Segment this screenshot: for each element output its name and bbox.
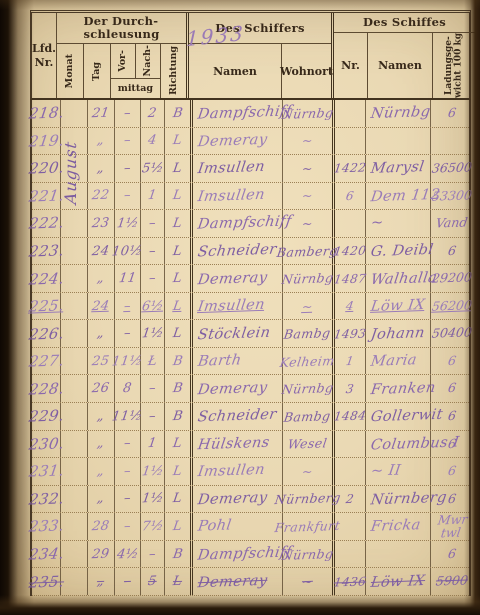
handwriting: Dampfschiff	[197, 544, 293, 563]
col-header-mittag-group: Vor- Nach- mittag	[110, 44, 161, 98]
ledger-row: 224.„11–LDemerayNürnbg1487Walhalla29200	[32, 265, 469, 293]
ledger-row: 231.„–1½LImsullen~~ II6	[32, 458, 469, 486]
cell-load: 6	[430, 541, 473, 568]
cell-vor: –	[114, 431, 140, 458]
cell-skipper: Imsullen	[190, 183, 282, 210]
handwriting: ~ II	[370, 463, 402, 480]
ledger-row: 234.294½–BDampfschiffNürnbg6	[32, 541, 469, 569]
handwriting: Imsullen	[197, 159, 266, 177]
handwriting: 24	[91, 243, 111, 259]
handwriting: Johann	[370, 325, 426, 343]
cell-nach: 1½	[140, 486, 164, 513]
handwriting: 21	[91, 105, 111, 121]
handwriting: 1½	[141, 491, 165, 507]
cell-vor: –	[114, 568, 140, 595]
handwriting: B	[171, 409, 183, 424]
cell-wohnort: ~	[282, 183, 332, 210]
handwriting: Franken	[370, 380, 437, 398]
cell-sname: G. Deibl	[365, 238, 430, 265]
cell-vor: –	[114, 100, 140, 127]
ladungsgewicht-label: Ladungsge- wicht 100 kg	[445, 33, 464, 98]
handwriting: –	[123, 161, 132, 176]
col-header-schiff-nr: Nr.	[334, 33, 367, 98]
handwriting: 26	[91, 381, 111, 397]
richtung-label: Richtung	[169, 46, 179, 95]
handwriting: L	[172, 464, 183, 479]
cell-lfd: 231.	[32, 458, 60, 485]
ledger-row: 219.„–4LDemeray~	[32, 128, 469, 156]
handwriting: 11½	[111, 408, 144, 424]
col-header-skipper-namen: Namen	[189, 44, 281, 98]
group-title-durchschleusung: Der Durch- schleusung	[56, 13, 186, 44]
handwriting: 2	[147, 106, 158, 121]
cell-skipper: Demeray	[190, 265, 282, 292]
cell-richt: B	[164, 403, 190, 430]
handwriting: 6	[447, 382, 457, 395]
cell-tag: 24	[87, 293, 114, 320]
cell-wohnort: ~	[282, 155, 332, 182]
cell-load: 56200	[430, 293, 473, 320]
month-annotation: August	[56, 108, 84, 238]
ledger-row: 229.„11½–BSchneiderBambg1484Gollerwit6	[32, 403, 469, 431]
handwriting: 227.	[27, 352, 65, 371]
ledger-row: 218.21–2BDampfschiffNürnbgNürnbg6	[32, 100, 469, 128]
cell-richt: L	[164, 293, 190, 320]
handwriting: 4	[345, 299, 355, 313]
handwriting: B	[171, 106, 183, 121]
handwriting: Dampfschiff	[197, 104, 293, 123]
cell-nach: 5½	[140, 155, 164, 182]
cell-sname: Gollerwit	[365, 403, 430, 430]
handwriting: Löw IX	[370, 573, 426, 591]
cell-snr: 1	[332, 348, 365, 375]
handwriting: „	[96, 326, 105, 341]
cell-richt: L	[164, 568, 190, 595]
ledger-row: 225.24–6½LImsullen~4Löw IX56200	[32, 293, 469, 321]
handwriting: 234.	[27, 544, 65, 563]
cell-load: 36500	[430, 155, 473, 182]
handwriting: L	[172, 133, 183, 148]
cell-nach: –	[140, 375, 164, 402]
cell-richt: L	[164, 183, 190, 210]
ledger-row: 220.„–5½LImsullen~1422Marysl36500	[32, 155, 469, 183]
handwriting: –	[123, 106, 132, 121]
handwriting: 232.	[27, 489, 65, 508]
ledger-table: Lfd. Nr. Der Durch- schleusung Monat Tag…	[30, 10, 471, 610]
cell-wohnort: ~	[282, 128, 332, 155]
cell-sname: Nürnbg	[365, 100, 430, 127]
cell-tag: „	[87, 265, 114, 292]
cell-tag: „	[87, 486, 114, 513]
handwriting: –	[123, 188, 132, 203]
scanned-ledger-page: Lfd. Nr. Der Durch- schleusung Monat Tag…	[0, 0, 480, 615]
cell-richt: L	[164, 128, 190, 155]
handwriting: Demeray	[197, 490, 269, 508]
handwriting: –	[123, 519, 132, 534]
handwriting: Nürnbg	[281, 105, 335, 122]
cell-snr	[332, 128, 365, 155]
handwriting: Vand	[435, 217, 468, 231]
cell-lfd: 227.	[32, 348, 60, 375]
cell-load: 6	[430, 348, 473, 375]
handwriting: 25	[91, 353, 111, 369]
handwriting: –	[123, 298, 132, 313]
handwriting: L	[172, 436, 183, 451]
handwriting: Marysl	[370, 159, 426, 177]
col-header-tag: Tag	[83, 44, 110, 98]
cell-lfd: 230.	[32, 431, 60, 458]
cell-vor: –	[114, 458, 140, 485]
handwriting: 50400	[431, 327, 473, 341]
handwriting: 6	[447, 493, 457, 506]
handwriting: L	[172, 188, 183, 203]
handwriting: Hülskens	[197, 435, 271, 453]
handwriting: Bambg	[283, 325, 332, 342]
cell-tag: 25	[87, 348, 114, 375]
handwriting: –	[123, 326, 132, 341]
handwriting: 7½	[141, 519, 165, 535]
cell-nach: –	[140, 403, 164, 430]
cell-vor: 1½	[114, 210, 140, 237]
cell-nach: 2	[140, 100, 164, 127]
handwriting: 4	[147, 133, 158, 148]
cell-sname: Löw IX	[365, 293, 430, 320]
col-header-vormittag: Vor-	[111, 44, 135, 78]
handwriting: 5	[147, 574, 158, 589]
cell-nach: 1	[140, 431, 164, 458]
cell-skipper: Pohl	[190, 513, 282, 540]
handwriting: 29200	[431, 272, 473, 286]
handwriting: G. Deibl	[370, 242, 435, 260]
cell-nach: 5	[140, 568, 164, 595]
handwriting: 231.	[27, 462, 65, 481]
handwriting: „	[96, 271, 105, 286]
handwriting: 3	[345, 382, 355, 396]
col-header-ladungsgewicht: Ladungsge- wicht 100 kg	[432, 33, 475, 98]
cell-richt: L	[164, 320, 190, 347]
cell-richt: L	[164, 210, 190, 237]
handwriting: 6	[447, 355, 457, 368]
ledger-row: 233.28–7½LPohlFrankfurtFrickaMwr twl	[32, 513, 469, 541]
group-durchschleusung: Der Durch- schleusung Monat Tag Vor- Nac…	[56, 13, 186, 98]
cell-vor: 11½	[114, 403, 140, 430]
handwriting: ~	[301, 464, 314, 479]
handwriting: Nürnbg	[370, 104, 432, 122]
handwriting: 5900	[435, 575, 469, 589]
cell-lfd: 233.	[32, 513, 60, 540]
handwriting: 6	[447, 410, 457, 423]
cell-sname: Löw IX	[365, 568, 430, 595]
handwriting: „	[96, 491, 105, 506]
ledger-row: 222.231½–LDampfschiff~~Vand	[32, 210, 469, 238]
handwriting: Bambg	[283, 408, 332, 425]
cell-sname	[365, 541, 430, 568]
handwriting: 6	[447, 548, 457, 561]
handwriting: –	[148, 546, 157, 561]
cell-wohnort: Nürnberg	[282, 486, 332, 513]
cell-nach: –	[140, 265, 164, 292]
handwriting: 1484	[333, 409, 367, 424]
handwriting: Nürnberg	[370, 490, 448, 509]
cell-wohnort: Frankfurt	[282, 513, 332, 540]
cell-vor: –	[114, 183, 140, 210]
cell-skipper: Schneider	[190, 403, 282, 430]
vor-label: Vor-	[118, 50, 128, 72]
handwriting: 228.	[27, 379, 65, 398]
cell-nach: 1	[140, 183, 164, 210]
cell-snr: 4	[332, 293, 365, 320]
handwriting: –	[148, 381, 157, 396]
cell-richt: L	[164, 238, 190, 265]
cell-lfd: 235.	[32, 568, 60, 595]
handwriting: L	[172, 574, 183, 589]
cell-tag: „	[87, 458, 114, 485]
cell-wohnort: Wesel	[282, 431, 332, 458]
handwriting: L	[172, 298, 183, 313]
handwriting: Nürnbg	[281, 270, 335, 287]
handwriting: L	[172, 491, 183, 506]
handwriting: 6	[447, 107, 457, 120]
cell-tag: 29	[87, 541, 114, 568]
cell-snr: 1422	[332, 155, 365, 182]
cell-wohnort: Kelheim	[282, 348, 332, 375]
handwriting: 6	[447, 437, 457, 450]
cell-richt: L	[164, 458, 190, 485]
cell-tag: 26	[87, 375, 114, 402]
cell-snr: 1420	[332, 238, 365, 265]
cell-wohnort: Bambg	[282, 320, 332, 347]
cell-load: Vand	[430, 210, 473, 237]
cell-richt: B	[164, 348, 190, 375]
cell-lfd: 232.	[32, 486, 60, 513]
handwriting: –	[123, 464, 132, 479]
handwriting: Ł	[147, 354, 158, 369]
cell-skipper: Schneider	[190, 238, 282, 265]
handwriting: 223.	[27, 241, 65, 260]
handwriting: –	[148, 216, 157, 231]
group-schiffes: Des Schiffes Nr. Namen Ladungsge- wicht …	[331, 13, 475, 98]
handwriting: 6	[447, 245, 457, 258]
cell-sname: Marysl	[365, 155, 430, 182]
cell-richt: L	[164, 155, 190, 182]
handwriting: 5½	[141, 160, 165, 176]
cell-snr	[332, 100, 365, 127]
handwriting: L	[172, 216, 183, 231]
cell-lfd: 223.	[32, 238, 60, 265]
cell-skipper: Stöcklein	[190, 320, 282, 347]
handwriting: 1	[147, 188, 158, 203]
handwriting: 1	[147, 436, 158, 451]
handwriting: Maria	[370, 352, 418, 370]
handwriting: Demeray	[197, 380, 269, 398]
handwriting: –	[148, 243, 157, 258]
cell-load: 6	[430, 100, 473, 127]
cell-nach: 4	[140, 128, 164, 155]
cell-lfd: 224.	[32, 265, 60, 292]
handwriting: Barth	[197, 352, 243, 370]
cell-lfd: 234.	[32, 541, 60, 568]
cell-skipper: Demeray	[190, 568, 282, 595]
handwriting: 1436	[333, 574, 367, 589]
cell-nach: 7½	[140, 513, 164, 540]
handwriting: Kelheim	[279, 353, 336, 370]
cell-nach: –	[140, 541, 164, 568]
cell-sname	[365, 128, 430, 155]
handwriting: 6	[345, 189, 355, 203]
cell-load: 6	[430, 458, 473, 485]
handwriting: –	[148, 409, 157, 424]
col-header-monat: Monat	[56, 44, 83, 98]
cell-skipper: Dampfschiff	[190, 210, 282, 237]
handwriting: Imsullen	[197, 297, 266, 315]
ledger-row: 230.„–1LHülskensWeselColumbus I6	[32, 431, 469, 459]
nach-label: Nach-	[143, 45, 153, 76]
handwriting: 8	[122, 381, 133, 396]
cell-skipper: Dampfschiff	[190, 100, 282, 127]
handwriting: L	[172, 271, 183, 286]
cell-vor: 8	[114, 375, 140, 402]
cell-vor: –	[114, 293, 140, 320]
handwriting: Nürnbg	[281, 546, 335, 563]
handwriting: Demeray	[197, 572, 269, 590]
tag-label: Tag	[92, 62, 102, 81]
cell-wohnort: Nürnbg	[282, 375, 332, 402]
cell-skipper: Demeray	[190, 375, 282, 402]
cell-skipper: Demeray	[190, 486, 282, 513]
cell-sname: Walhalla	[365, 265, 430, 292]
handwriting: Demeray	[197, 132, 269, 150]
handwriting: 1420	[333, 243, 367, 258]
handwriting: Gollerwit	[370, 407, 444, 425]
handwriting: Nürnbg	[281, 380, 335, 397]
handwriting: 23	[91, 216, 111, 232]
handwriting: –	[123, 133, 132, 148]
cell-load: 5900	[430, 568, 473, 595]
handwriting: „	[96, 133, 105, 148]
handwriting: 233.	[27, 517, 65, 536]
cell-nach: –	[140, 210, 164, 237]
handwriting: „	[96, 464, 105, 479]
mittag-label: mittag	[111, 78, 161, 98]
handwriting: ~	[301, 188, 314, 203]
handwriting: 11½	[111, 353, 144, 369]
cell-sname: Fricka	[365, 513, 430, 540]
handwriting: 1422	[333, 161, 367, 176]
handwriting: 29	[91, 546, 111, 562]
handwriting: 28	[91, 519, 111, 535]
cell-wohnort: Nürnbg	[282, 265, 332, 292]
cell-tag: „	[87, 128, 114, 155]
cell-richt: L	[164, 431, 190, 458]
cell-vor: 4½	[114, 541, 140, 568]
cell-sname: Johann	[365, 320, 430, 347]
cell-nach: 6½	[140, 293, 164, 320]
handwriting: 1	[345, 354, 355, 368]
handwriting: 24	[91, 298, 111, 314]
cell-vor: –	[114, 486, 140, 513]
cell-tag: „	[87, 403, 114, 430]
handwriting: 225.	[27, 296, 65, 315]
cell-snr	[332, 210, 365, 237]
handwriting: Stöcklein	[197, 324, 272, 343]
handwriting: 229.	[27, 407, 65, 426]
cell-sname: Columbus I	[365, 431, 430, 458]
cell-tag: „	[87, 431, 114, 458]
ledger-row: 221.22–1LImsullen~6Dem 11253300	[32, 183, 469, 211]
cell-lfd: 225.	[32, 293, 60, 320]
cell-skipper: Barth	[190, 348, 282, 375]
scan-edge-top	[0, 0, 480, 10]
handwriting: 226.	[27, 324, 65, 343]
cell-lfd: 229.	[32, 403, 60, 430]
cell-lfd: 228.	[32, 375, 60, 402]
handwriting: B	[171, 546, 183, 561]
cell-snr: 1436	[332, 568, 365, 595]
cell-sname: Maria	[365, 348, 430, 375]
cell-skipper: Dampfschiff	[190, 541, 282, 568]
handwriting: Mwr twl	[435, 513, 468, 539]
handwriting: 6½	[141, 298, 165, 314]
handwriting: L	[172, 519, 183, 534]
cell-tag: 21	[87, 100, 114, 127]
handwriting: –	[148, 271, 157, 286]
cell-tag: 22	[87, 183, 114, 210]
cell-sname: Franken	[365, 375, 430, 402]
handwriting: Fricka	[370, 518, 422, 536]
cell-sname: Dem 112	[365, 183, 430, 210]
ledger-row: 223.2410½–LSchneiderBamberg1420G. Deibl6	[32, 238, 469, 266]
handwriting: 224.	[27, 269, 65, 288]
handwriting: Frankfurt	[274, 518, 341, 535]
cell-skipper: Hülskens	[190, 431, 282, 458]
cell-load: 50400	[430, 320, 473, 347]
cell-vor: –	[114, 128, 140, 155]
cell-tag: 24	[87, 238, 114, 265]
monat-label: Monat	[65, 54, 75, 88]
col-header-wohnort: Wohnort	[281, 44, 331, 98]
cell-richt: B	[164, 100, 190, 127]
cell-richt: B	[164, 541, 190, 568]
ledger-row: 235.„–5LDemeray~1436Löw IX5900	[32, 568, 469, 596]
cell-load: Mwr twl	[430, 513, 473, 540]
col-header-nachmittag: Nach-	[135, 44, 160, 78]
handwriting: L	[172, 161, 183, 176]
cell-tag: „	[87, 155, 114, 182]
handwriting: –	[123, 574, 132, 589]
handwriting: Schneider	[197, 242, 278, 261]
cell-lfd: 226.	[32, 320, 60, 347]
handwriting: 11	[118, 271, 138, 287]
cell-snr: 1484	[332, 403, 365, 430]
cell-tag: „	[87, 320, 114, 347]
ledger-row: 228.268–BDemerayNürnbg3Franken6	[32, 375, 469, 403]
cell-vor: 11½	[114, 348, 140, 375]
handwriting: ~	[301, 216, 314, 231]
cell-wohnort: Bamberg	[282, 238, 332, 265]
ledger-row: 232.„–1½LDemerayNürnberg2Nürnberg6	[32, 486, 469, 514]
group-title-schiffes: Des Schiffes	[334, 13, 475, 33]
handwriting: Bamberg	[276, 242, 339, 259]
handwriting: „	[96, 574, 105, 589]
col-header-schiff-namen: Namen	[367, 33, 432, 98]
handwriting: Walhalla	[370, 269, 439, 287]
handwriting: ~	[301, 574, 314, 589]
handwriting: Dampfschiff	[197, 214, 293, 233]
cell-vor: –	[114, 513, 140, 540]
cell-sname: ~	[365, 210, 430, 237]
handwriting: –	[123, 436, 132, 451]
cell-wohnort: ~	[282, 293, 332, 320]
